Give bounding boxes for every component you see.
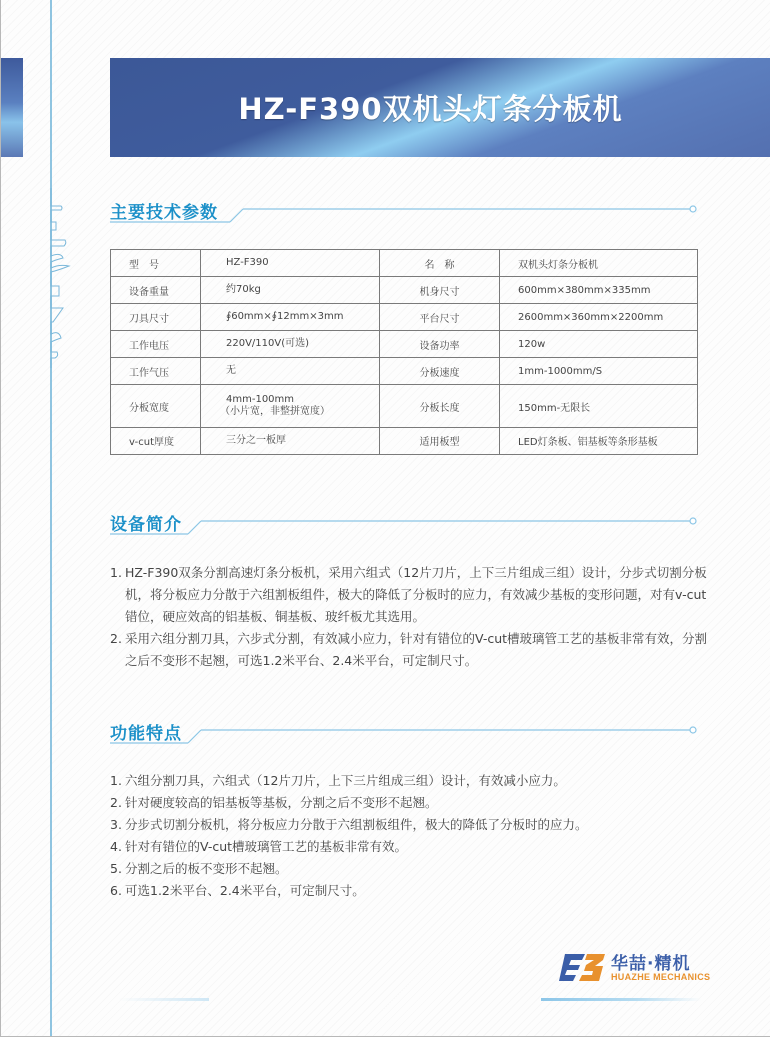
list-text: 针对有错位的V-cut槽玻璃管工艺的基板非常有效。 — [125, 839, 407, 854]
spec-table: 型 号 HZ-F390 名 称 双机头灯条分板机 设备重量 约70kg 机身尺寸… — [110, 249, 698, 455]
side-accent-block — [1, 58, 23, 157]
list-item: 1. HZ-F390双条分割高速灯条分板机，采用六组式（12片刀片，上下三片组成… — [110, 562, 710, 628]
list-number: 3. — [110, 814, 122, 836]
spec-value: 4mm-100mm （小片宽，非整拼宽度） — [201, 385, 380, 427]
spec-label: v-cut厚度 — [111, 427, 201, 454]
spec-value: 三分之一板厚 — [201, 427, 380, 454]
spec-label: 设备功率 — [380, 331, 500, 358]
features-list: 1. 六组分割刀具，六组式（12片刀片，上下三片组成三组）设计，有效减小应力。 … — [110, 770, 710, 902]
spec-label: 分板长度 — [380, 385, 500, 427]
waveform-decoration — [41, 188, 81, 368]
spec-label: 设备重量 — [111, 277, 201, 304]
spec-label: 工作电压 — [111, 331, 201, 358]
list-item: 2. 针对硬度较高的铝基板等基板，分割之后不变形不起翘。 — [110, 792, 710, 814]
logo-english-name: HUAZHE MECHANICS — [611, 972, 710, 982]
list-item: 3. 分步式切割分板机，将分板应力分散于六组割板组件，极大的降低了分板时的应力。 — [110, 814, 710, 836]
list-item: 5. 分割之后的板不变形不起翘。 — [110, 858, 710, 880]
spec-value: 220V/110V(可选) — [201, 331, 380, 358]
spec-value: 1mm-1000mm/S — [500, 358, 698, 385]
spec-value-line2: （小片宽，非整拼宽度） — [220, 406, 379, 418]
section-header-specs: 主要技术参数 — [110, 198, 700, 232]
title-banner: HZ-F390双机头灯条分板机 — [110, 58, 770, 157]
spec-label: 机身尺寸 — [380, 277, 500, 304]
section-title-intro: 设备简介 — [110, 510, 182, 535]
intro-list: 1. HZ-F390双条分割高速灯条分板机，采用六组式（12片刀片，上下三片组成… — [110, 562, 710, 672]
list-text: 分割之后的板不变形不起翘。 — [125, 861, 288, 876]
spec-value: 2600mm×360mm×2200mm — [500, 304, 698, 331]
spec-value: LED灯条板、铝基板等条形基板 — [500, 427, 698, 454]
list-item: 4. 针对有错位的V-cut槽玻璃管工艺的基板非常有效。 — [110, 836, 710, 858]
spec-label: 刀具尺寸 — [111, 304, 201, 331]
spec-label: 平台尺寸 — [380, 304, 500, 331]
section-divider-line — [110, 719, 700, 753]
list-text: 采用六组分割刀具，六步式分割，有效减小应力，针对有错位的V-cut槽玻璃管工艺的… — [125, 631, 707, 668]
spec-label: 工作气压 — [111, 358, 201, 385]
table-row: 工作电压 220V/110V(可选) 设备功率 120w — [111, 331, 698, 358]
list-text: 分步式切割分板机，将分板应力分散于六组割板组件，极大的降低了分板时的应力。 — [125, 817, 588, 832]
spec-value: 600mm×380mm×335mm — [500, 277, 698, 304]
list-item: 6. 可选1.2米平台、2.4米平台，可定制尺寸。 — [110, 880, 710, 902]
list-number: 1. — [110, 770, 122, 792]
table-row: 分板宽度 4mm-100mm （小片宽，非整拼宽度） 分板长度 150mm-无限… — [111, 385, 698, 427]
list-item: 2. 采用六组分割刀具，六步式分割，有效减小应力，针对有错位的V-cut槽玻璃管… — [110, 628, 710, 672]
logo-chinese-name: 华喆·精机 — [611, 949, 690, 974]
list-text: 针对硬度较高的铝基板等基板，分割之后不变形不起翘。 — [125, 795, 438, 810]
footer-line — [541, 998, 701, 1001]
spec-value: 无 — [201, 358, 380, 385]
spec-value: 约70kg — [201, 277, 380, 304]
spec-label: 分板宽度 — [111, 385, 201, 427]
table-row: 工作气压 无 分板速度 1mm-1000mm/S — [111, 358, 698, 385]
spec-value: 150mm-无限长 — [500, 385, 698, 427]
left-vertical-line — [50, 0, 52, 1037]
list-number: 5. — [110, 858, 122, 880]
huazhe-logo-icon — [559, 952, 605, 984]
spec-label: 分板速度 — [380, 358, 500, 385]
spec-label: 名 称 — [380, 250, 500, 277]
footer-line-left — [119, 998, 209, 1001]
section-title-specs: 主要技术参数 — [110, 198, 218, 223]
section-title-features: 功能特点 — [110, 719, 182, 744]
list-item: 1. 六组分割刀具，六组式（12片刀片，上下三片组成三组）设计，有效减小应力。 — [110, 770, 710, 792]
table-row: 型 号 HZ-F390 名 称 双机头灯条分板机 — [111, 250, 698, 277]
list-number: 2. — [110, 628, 122, 650]
list-number: 2. — [110, 792, 122, 814]
spec-value: 120w — [500, 331, 698, 358]
list-text: HZ-F390双条分割高速灯条分板机，采用六组式（12片刀片，上下三片组成三组）… — [125, 565, 707, 624]
spec-label: 适用板型 — [380, 427, 500, 454]
spec-value: 双机头灯条分板机 — [500, 250, 698, 277]
spec-value: ∮60mm×∮12mm×3mm — [201, 304, 380, 331]
list-number: 4. — [110, 836, 122, 858]
list-text: 六组分割刀具，六组式（12片刀片，上下三片组成三组）设计，有效减小应力。 — [125, 773, 566, 788]
company-logo: 华喆·精机 HUAZHE MECHANICS — [559, 949, 699, 989]
list-number: 1. — [110, 562, 122, 584]
spec-value: HZ-F390 — [201, 250, 380, 277]
spec-value-line1: 4mm-100mm — [226, 394, 379, 406]
table-row: v-cut厚度 三分之一板厚 适用板型 LED灯条板、铝基板等条形基板 — [111, 427, 698, 454]
list-text: 可选1.2米平台、2.4米平台，可定制尺寸。 — [125, 883, 365, 898]
section-header-intro: 设备简介 — [110, 510, 700, 544]
page-title: HZ-F390双机头灯条分板机 — [238, 87, 642, 128]
spec-label: 型 号 — [111, 250, 201, 277]
table-row: 设备重量 约70kg 机身尺寸 600mm×380mm×335mm — [111, 277, 698, 304]
list-number: 6. — [110, 880, 122, 902]
section-header-features: 功能特点 — [110, 719, 700, 753]
section-divider-line — [110, 510, 700, 544]
table-row: 刀具尺寸 ∮60mm×∮12mm×3mm 平台尺寸 2600mm×360mm×2… — [111, 304, 698, 331]
